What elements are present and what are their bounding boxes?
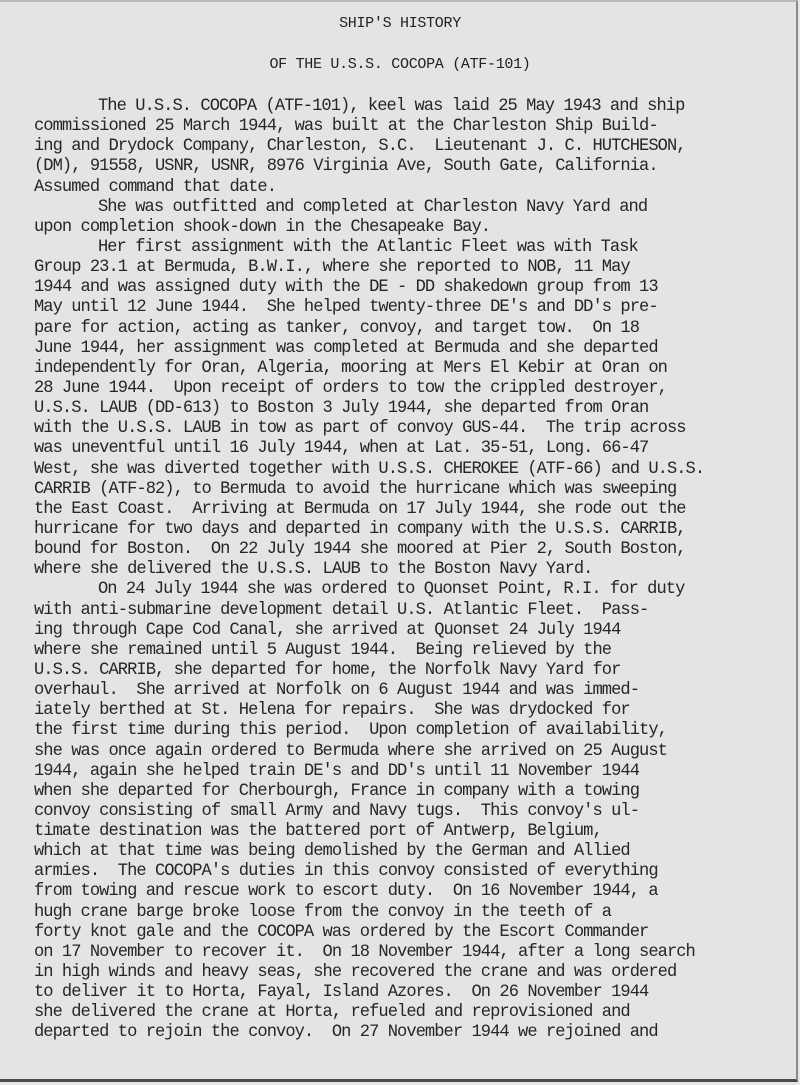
text-line: forty knot gale and the COCOPA was order…	[34, 923, 794, 943]
text-line: to deliver it to Horta, Fayal, Island Az…	[34, 983, 794, 1003]
text-line: bound for Boston. On 22 July 1944 she mo…	[34, 540, 794, 560]
text-line: was uneventful until 16 July 1944, when …	[34, 439, 794, 459]
text-line: U.S.S. LAUB (DD-613) to Boston 3 July 19…	[34, 399, 794, 419]
text-line: (DM), 91558, USNR, USNR, 8976 Virginia A…	[34, 157, 794, 177]
text-line: upon completion shook-down in the Chesap…	[34, 218, 794, 238]
text-line: where she delivered the U.S.S. LAUB to t…	[34, 560, 794, 580]
typewritten-page: SHIP'S HISTORY OF THE U.S.S. COCOPA (ATF…	[0, 0, 798, 1082]
text-line: she was once again ordered to Bermuda wh…	[34, 742, 794, 762]
text-line: Group 23.1 at Bermuda, B.W.I., where she…	[34, 258, 794, 278]
text-line: pare for action, acting as tanker, convo…	[34, 319, 794, 339]
text-line: CARRIB (ATF-82), to Bermuda to avoid the…	[34, 480, 794, 500]
text-line: in high winds and heavy seas, she recove…	[34, 963, 794, 983]
text-line: independently for Oran, Algeria, mooring…	[34, 359, 794, 379]
text-line: ing through Cape Cod Canal, she arrived …	[34, 621, 794, 641]
text-line: overhaul. She arrived at Norfolk on 6 Au…	[34, 681, 794, 701]
text-line: ing and Drydock Company, Charleston, S.C…	[34, 137, 794, 157]
text-line: when she departed for Cherbourgh, France…	[34, 782, 794, 802]
text-line: commissioned 25 March 1944, was built at…	[34, 117, 794, 137]
text-line: the first time during this period. Upon …	[34, 721, 794, 741]
text-line: hurricane for two days and departed in c…	[34, 520, 794, 540]
text-line: on 17 November to recover it. On 18 Nove…	[34, 943, 794, 963]
text-line: 1944 and was assigned duty with the DE -…	[34, 278, 794, 298]
text-line: 1944, again she helped train DE's and DD…	[34, 762, 794, 782]
text-line: she delivered the crane at Horta, refuel…	[34, 1003, 794, 1023]
text-line: May until 12 June 1944. She helped twent…	[34, 298, 794, 318]
text-line: U.S.S. CARRIB, she departed for home, th…	[34, 661, 794, 681]
paragraph-start-line: Her first assignment with the Atlantic F…	[34, 238, 794, 258]
paragraph-start-line: On 24 July 1944 she was ordered to Quons…	[34, 580, 794, 600]
text-line: 28 June 1944. Upon receipt of orders to …	[34, 379, 794, 399]
document-body: The U.S.S. COCOPA (ATF-101), keel was la…	[34, 97, 794, 1044]
text-line: timate destination was the battered port…	[34, 822, 794, 842]
text-line: the East Coast. Arriving at Bermuda on 1…	[34, 500, 794, 520]
text-line: hugh crane barge broke loose from the co…	[34, 903, 794, 923]
text-line: with the U.S.S. LAUB in tow as part of c…	[34, 419, 794, 439]
text-line: with anti-submarine development detail U…	[34, 601, 794, 621]
text-line: convoy consisting of small Army and Navy…	[34, 802, 794, 822]
text-line: Assumed command that date.	[34, 178, 794, 198]
document-title: SHIP'S HISTORY	[0, 15, 800, 32]
text-line: June 1944, her assignment was completed …	[34, 339, 794, 359]
text-line: where she remained until 5 August 1944. …	[34, 641, 794, 661]
text-line: from towing and rescue work to escort du…	[34, 882, 794, 902]
text-line: West, she was diverted together with U.S…	[34, 460, 794, 480]
text-line: armies. The COCOPA's duties in this conv…	[34, 862, 794, 882]
document-subtitle: OF THE U.S.S. COCOPA (ATF-101)	[0, 56, 800, 73]
text-line: which at that time was being demolished …	[34, 842, 794, 862]
text-line: iately berthed at St. Helena for repairs…	[34, 701, 794, 721]
text-line: departed to rejoin the convoy. On 27 Nov…	[34, 1023, 794, 1043]
paragraph-start-line: She was outfitted and completed at Charl…	[34, 198, 794, 218]
paragraph-start-line: The U.S.S. COCOPA (ATF-101), keel was la…	[34, 97, 794, 117]
